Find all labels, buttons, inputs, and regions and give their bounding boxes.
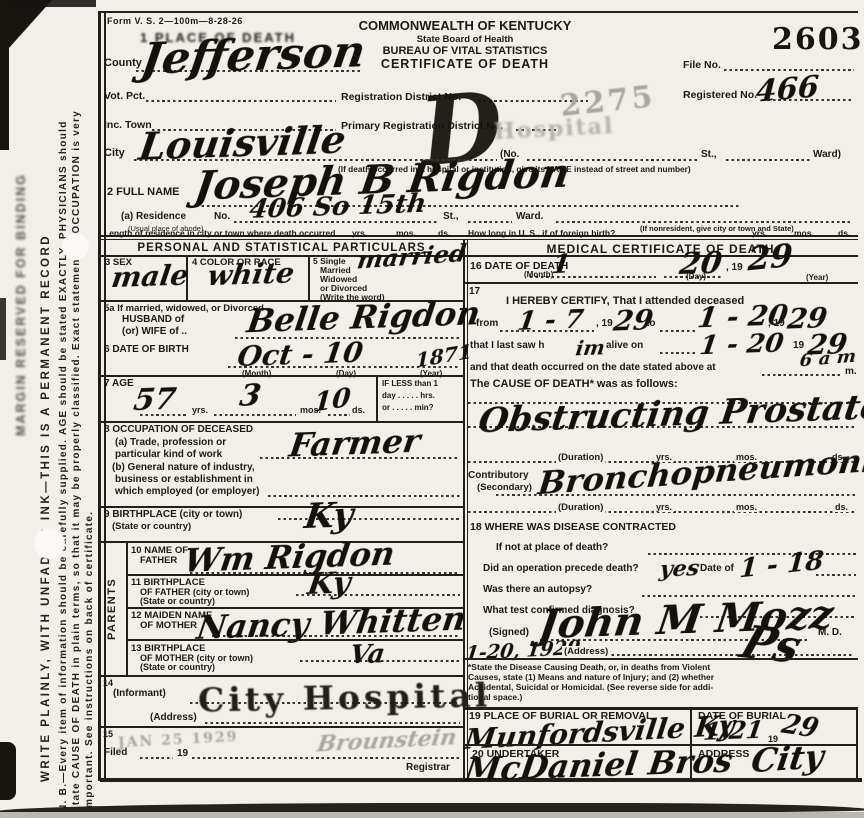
- date-of-label: Date of: [700, 563, 734, 574]
- rule: [126, 639, 463, 641]
- dob-label: 6 DATE OF BIRTH: [104, 344, 189, 355]
- leader-dots: [214, 414, 296, 416]
- form-number-text: Form V. S. 2—100m—8-28-26: [107, 16, 243, 26]
- him-handwriting: im: [574, 336, 606, 361]
- if-less-line: day . . . . . hrs.: [382, 391, 435, 400]
- mother-birthplace-label3: (State or country): [140, 662, 215, 672]
- leader-dots: [556, 221, 852, 223]
- occupation-label: 8 OCCUPATION OF DECEASED: [104, 424, 253, 435]
- mos-label: mos.: [794, 228, 814, 238]
- rule: [463, 255, 858, 257]
- section-17-number: 17: [469, 286, 480, 297]
- rule: [100, 375, 463, 377]
- filed-date-stamp: JAN 25 1929: [118, 729, 239, 751]
- mos-label: mos.: [396, 228, 416, 238]
- residence-no-label: No.: [214, 211, 230, 222]
- attended-from-handwriting: 1 - 7: [516, 305, 586, 337]
- mother-birthplace-value-handwriting: Va: [348, 639, 387, 670]
- death-year-handwriting: 29: [747, 236, 793, 278]
- registered-no-label: Registered No.: [683, 89, 757, 101]
- margin-note-line1: N. B.—Every item of information should b…: [58, 120, 69, 812]
- operation-answer-handwriting: yes: [658, 555, 701, 582]
- informant-number: 14: [103, 678, 113, 688]
- rule: [100, 506, 463, 508]
- leader-dots: [606, 654, 852, 656]
- rule: [126, 574, 463, 576]
- full-name-label: 2 FULL NAME: [107, 186, 180, 198]
- contributory-value-handwriting: Bronchopneumonia: [536, 440, 864, 503]
- cause-value-handwriting: Obstructing Prostate: [476, 387, 864, 441]
- punch-hole: [62, 233, 89, 260]
- residence-st-label: St.,: [443, 211, 459, 222]
- yrs-label: yrs.: [752, 228, 767, 238]
- mother-maiden-label2: OF MOTHER: [140, 620, 197, 631]
- last-saw-label: that I last saw h: [470, 340, 544, 351]
- punch-hole: [34, 528, 65, 559]
- where-contracted-label: 18 WHERE WAS DISEASE CONTRACTED: [470, 521, 676, 533]
- medical-section-title: MEDICAL CERTIFICATE OF DEATH: [463, 242, 858, 256]
- leader-dots: [268, 495, 460, 497]
- certificate-title: CERTIFICATE OF DEATH: [330, 57, 600, 71]
- yrs-label: yrs.: [192, 405, 208, 415]
- parents-section-label: PARENTS: [106, 578, 118, 640]
- how-long-us-label: How long in U. S., if of foreign birth?: [468, 228, 615, 238]
- wife-of-label: (or) WIFE of ..: [122, 326, 187, 337]
- if-less-line: IF LESS than 1: [382, 379, 438, 388]
- margin-binding-text: MARGIN RESERVED FOR BINDING: [14, 173, 28, 436]
- sex-value-handwriting: male: [109, 259, 190, 295]
- occupation-line: business or establishment in: [115, 474, 253, 485]
- leader-dots: [146, 100, 336, 102]
- age-months-handwriting: 3: [237, 378, 263, 414]
- occupation-line: (a) Trade, profession or: [115, 437, 226, 448]
- footnote-line: tional space.): [468, 692, 522, 702]
- if-less-line: or . . . . . min?: [382, 403, 434, 412]
- day-sublabel: (Day): [336, 369, 356, 378]
- county-value-handwriting: Jefferson: [138, 26, 369, 85]
- scan-smudge-top-edge: [0, 0, 96, 7]
- death-certificate-scan: MARGIN RESERVED FOR BINDING WRITE PLAINL…: [0, 0, 864, 818]
- birthplace-label: 9 BIRTHPLACE (city or town): [104, 509, 242, 520]
- header-divider-rule-inner: [99, 239, 858, 240]
- operation-label: Did an operation precede death?: [483, 563, 639, 574]
- alive-on-label: alive on: [606, 340, 643, 351]
- scan-smudge-left-1: [0, 0, 9, 150]
- leader-dots: [724, 69, 854, 71]
- signed-label: (Signed): [489, 627, 529, 638]
- not-at-place-label: If not at place of death?: [496, 542, 608, 553]
- footnote-line: Accidental, Suicidal or Homicidal. (See …: [468, 682, 713, 692]
- birthplace-subnote: (State or country): [112, 521, 191, 532]
- secondary-label: (Secondary): [477, 482, 532, 493]
- filed-number: 15: [103, 729, 113, 739]
- printed-19-label: , 19: [726, 262, 743, 273]
- length-residence-label: Length of residence in city or town wher…: [104, 228, 335, 238]
- hospital-stamp-faint: Hospital: [493, 113, 615, 145]
- mos-label: mos.: [734, 502, 759, 512]
- registrar-signature-faint: Brounstein: [315, 724, 458, 757]
- operation-date-handwriting: 1 - 18: [738, 546, 824, 585]
- rule: [856, 707, 858, 778]
- leader-dots: [816, 574, 856, 576]
- leader-dots: [468, 221, 512, 223]
- printed-19-label: , 19: [768, 318, 785, 329]
- registrar-label: Registrar: [406, 762, 450, 773]
- leader-dots: [496, 494, 856, 496]
- county-label: County: [104, 57, 142, 69]
- ward-label: Ward): [813, 149, 841, 160]
- day-sublabel: (Day): [686, 272, 706, 281]
- rule: [308, 255, 310, 300]
- board-subtitle: State Board of Health: [330, 34, 600, 45]
- informant-address-label: (Address): [150, 712, 197, 723]
- filed-19-label: 19: [177, 748, 188, 759]
- margin-note-line2: state CAUSE OF DEATH in plain terms, so …: [71, 110, 82, 812]
- leader-dots: [140, 414, 188, 416]
- month-sublabel: (Month): [524, 270, 553, 279]
- rule: [463, 658, 858, 660]
- to-label: to: [646, 318, 655, 329]
- duration-label: (Duration): [556, 502, 605, 513]
- city-label: City: [104, 147, 125, 159]
- occupation-value-handwriting: Farmer: [287, 422, 423, 465]
- physician-address-label: (Address): [562, 646, 610, 657]
- file-no-label: File No.: [683, 59, 721, 71]
- vot-pct-label: Vot. Pct.: [104, 90, 145, 102]
- age-years-handwriting: 57: [131, 381, 178, 417]
- last-saw-date-handwriting: 1 - 20: [698, 329, 786, 362]
- cause-of-death-label: The CAUSE OF DEATH* was as follows:: [470, 378, 678, 390]
- form-left-rule: [98, 11, 101, 781]
- year-sublabel: (Year): [420, 369, 442, 378]
- dob-value-handwriting: Oct - 10: [235, 336, 365, 373]
- am-pm-label: m.: [845, 366, 857, 377]
- md-label: M. D.: [818, 627, 842, 638]
- age-label: 7 AGE: [104, 378, 134, 389]
- city-hospital-stamp: City Hospital: [198, 675, 492, 719]
- street-label: St.,: [701, 149, 717, 160]
- from-label: from: [476, 318, 498, 329]
- certificate-number: 2603: [772, 22, 864, 57]
- father-name-value-handwriting: Wm Rigdon: [182, 534, 398, 579]
- bureau-subtitle: BUREAU OF VITAL STATISTICS: [330, 45, 600, 57]
- registered-no-value-handwriting: 466: [755, 69, 820, 109]
- rule: [463, 282, 858, 284]
- occupation-line: (b) General nature of industry,: [112, 462, 255, 473]
- father-name-label2: FATHER: [140, 555, 177, 566]
- footnote-line: *State the Disease Causing Death, or, in…: [468, 662, 710, 672]
- married-widowed-label: 5a If married, widowed, or Divorced: [104, 303, 264, 314]
- rule: [376, 375, 378, 421]
- informant-label: (Informant): [113, 688, 166, 699]
- autopsy-label: Was there an autopsy?: [483, 584, 592, 595]
- husband-of-label: HUSBAND of: [122, 314, 184, 325]
- footnote-line: Causes, state (1) Means and nature of In…: [468, 672, 714, 682]
- ds-label: ds.: [833, 502, 850, 512]
- leader-dots: [660, 352, 696, 354]
- occupation-line: which employed (or employer): [115, 486, 259, 497]
- month-sublabel: (Month): [242, 369, 271, 378]
- ds-label: ds.: [838, 228, 850, 238]
- contributory-label: Contributory: [468, 470, 529, 481]
- color-race-value-handwriting: white: [205, 257, 296, 293]
- residence-value-handwriting: 406 So 15th: [247, 189, 428, 225]
- leader-dots: [205, 722, 460, 724]
- undertaker-address-handwriting: City: [749, 738, 826, 781]
- ds-label: ds.: [352, 405, 365, 415]
- birthplace-value-handwriting: Ky: [302, 495, 356, 537]
- leader-dots: [762, 374, 840, 376]
- yrs-label: yrs.: [654, 502, 674, 512]
- residence-label: (a) Residence: [121, 211, 186, 222]
- death-occurred-label: and that death occurred on the date stat…: [470, 362, 716, 373]
- leader-dots: [192, 757, 460, 759]
- spouse-value-handwriting: Belle Rigdon: [245, 294, 483, 340]
- printed-19-label: , 19: [596, 318, 613, 329]
- father-birthplace-label3: (State or country): [140, 596, 215, 606]
- commonwealth-title: COMMONWEALTH OF KENTUCKY: [330, 18, 600, 33]
- leader-dots: [140, 757, 173, 759]
- scan-smudge-left-2: [0, 298, 6, 360]
- form-top-rule: [99, 11, 858, 13]
- scan-edge-gray: [0, 812, 864, 818]
- ds-label: ds.: [438, 228, 450, 238]
- year-sublabel: (Year): [806, 273, 828, 282]
- leader-dots: [726, 159, 810, 161]
- scan-smudge-left-3: [0, 742, 16, 800]
- residence-ward-label: Ward.: [516, 211, 543, 222]
- father-birthplace-value-handwriting: Ky: [305, 565, 352, 601]
- leader-dots: [660, 330, 696, 332]
- occupation-line: particular kind of work: [115, 449, 222, 460]
- margin-note-line3: important. See instructions on back of c…: [84, 511, 95, 812]
- margin-write-plainly-text: WRITE PLAINLY, WITH UNFADING INK—THIS IS…: [40, 234, 52, 782]
- nonresident-note: (If nonresident, give city or town and S…: [640, 224, 794, 233]
- yrs-label: yrs.: [352, 228, 367, 238]
